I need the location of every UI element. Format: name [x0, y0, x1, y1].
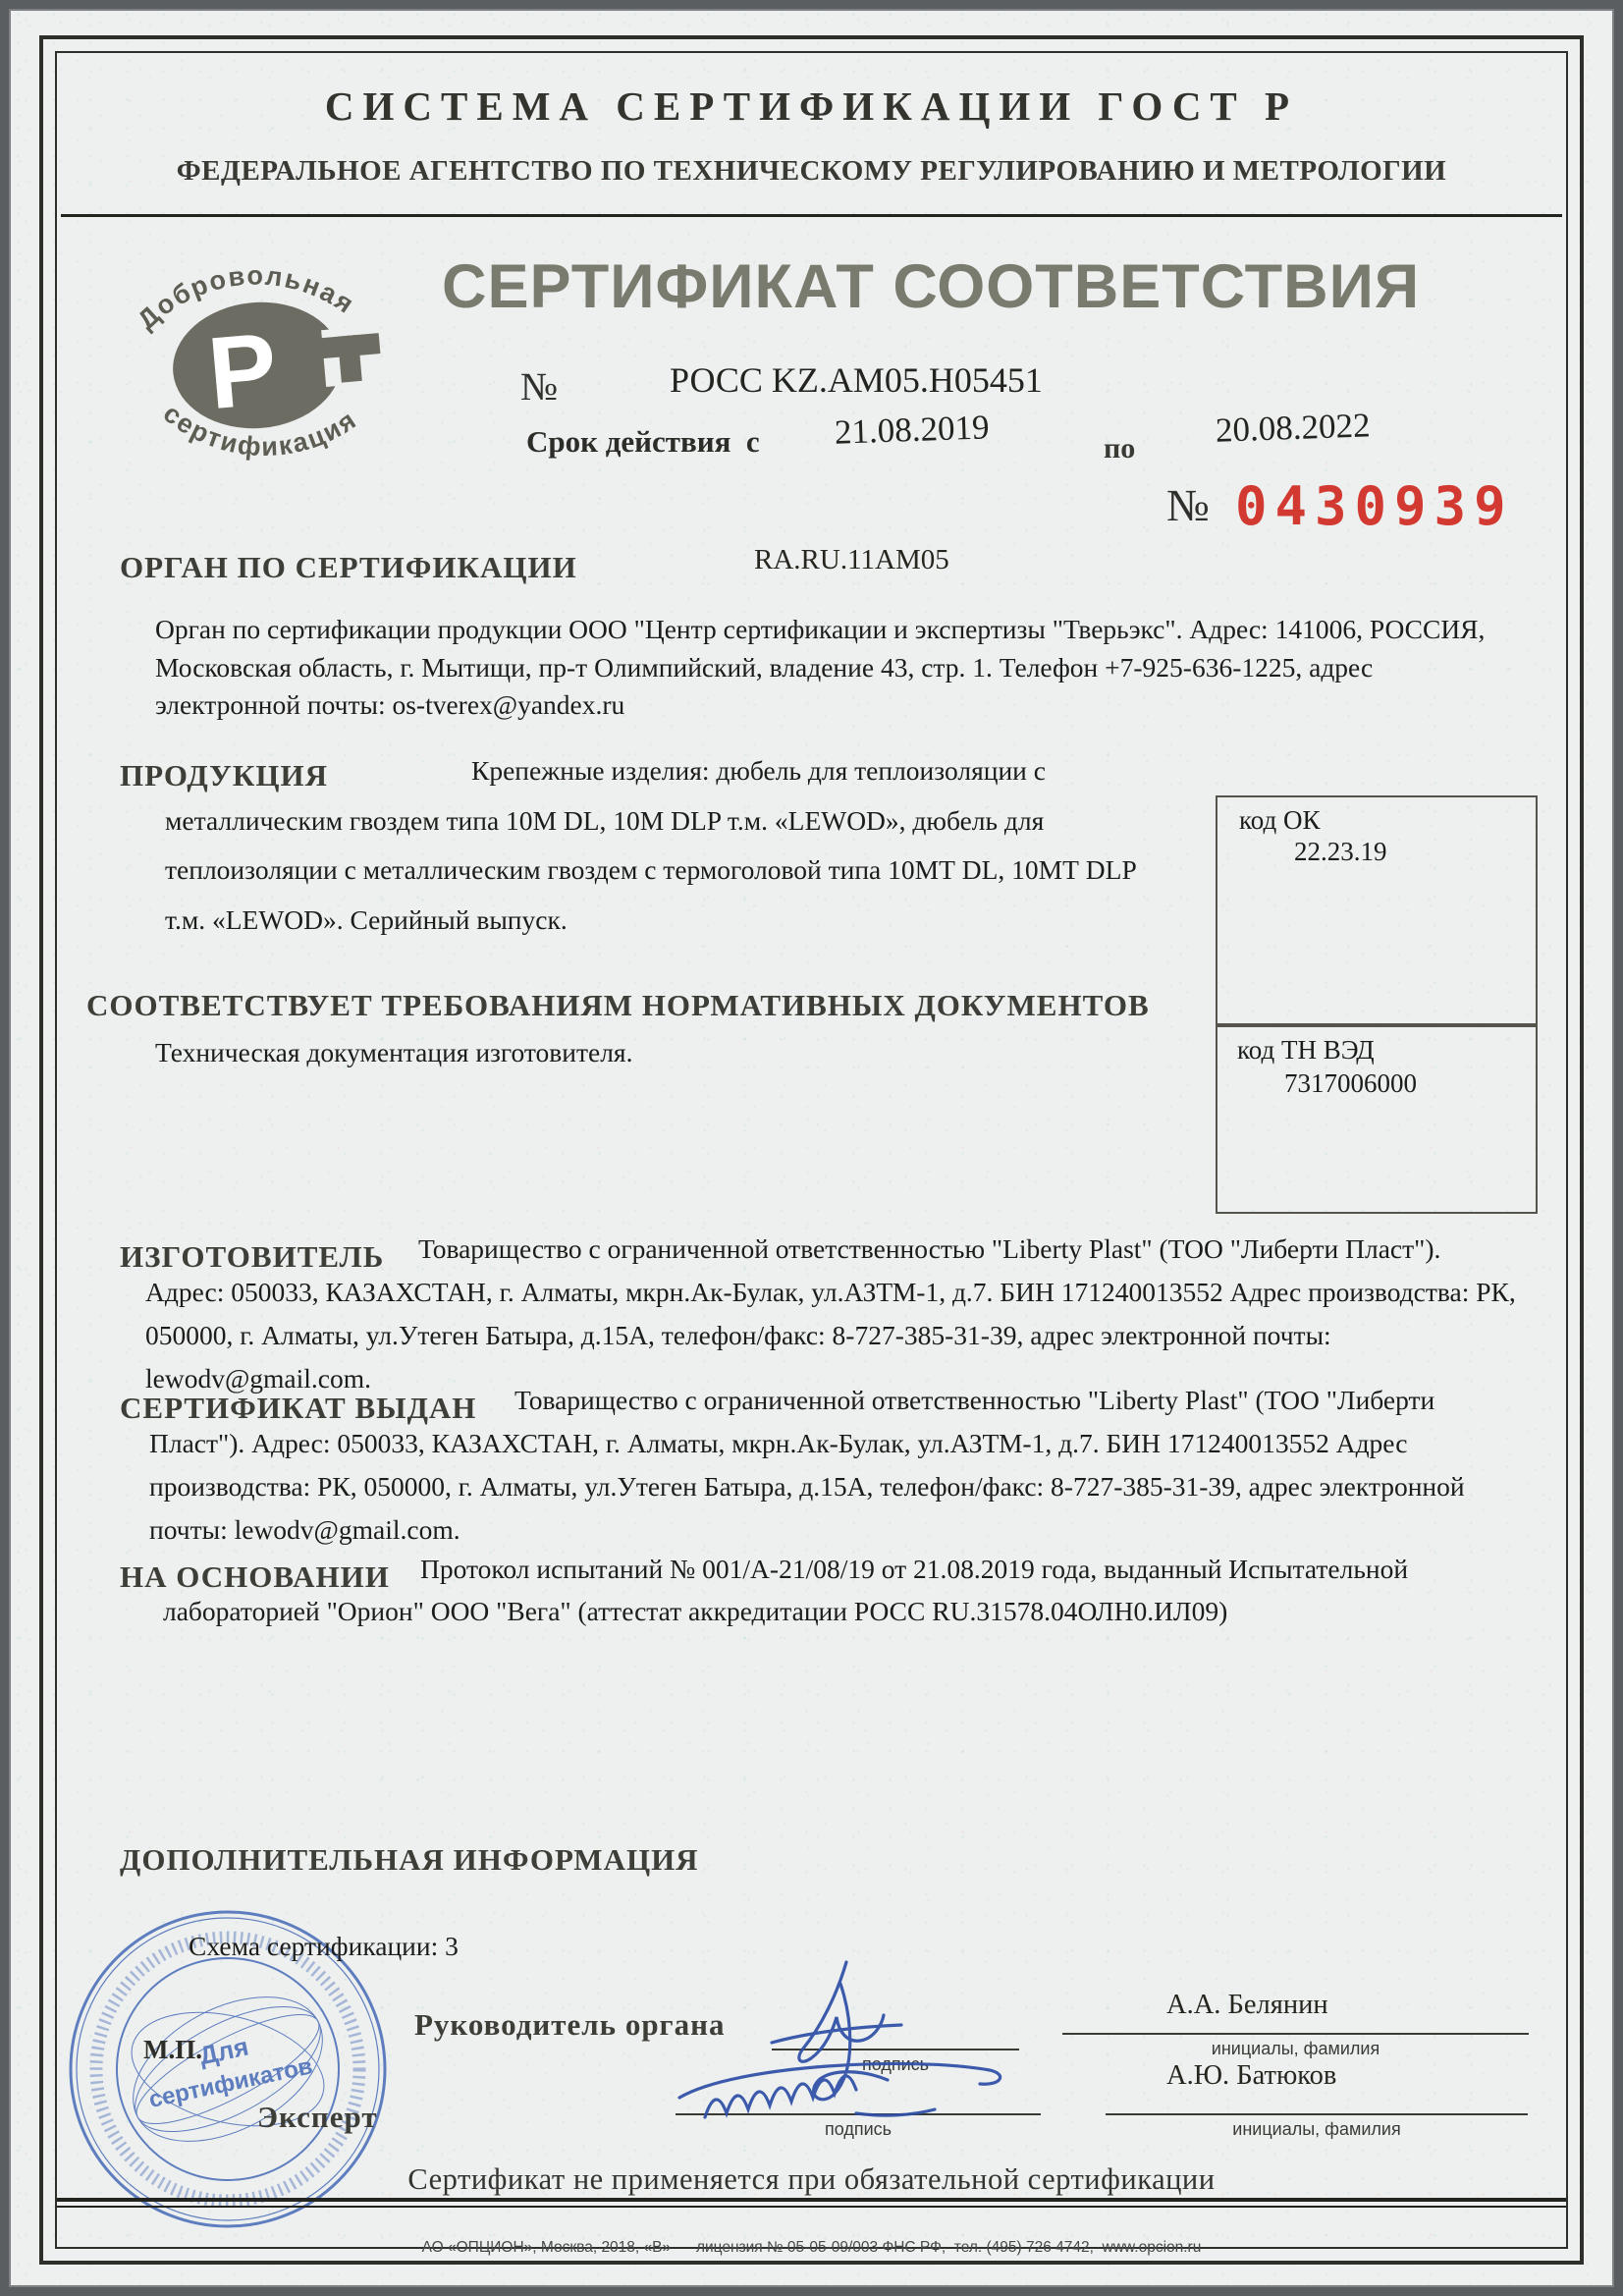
blank-number-symbol: № — [1166, 479, 1210, 531]
certification-scheme-text: Схема сертификации: 3 — [189, 1931, 459, 1962]
agency-heading: ФЕДЕРАЛЬНОЕ АГЕНТСТВО ПО ТЕХНИЧЕСКОМУ РЕ… — [0, 155, 1623, 188]
expert-name: А.Ю. Батюков — [1166, 2060, 1336, 2092]
logo-letter-t-stem — [338, 335, 362, 383]
validity-label: Срок действия с — [526, 424, 760, 460]
blank-number-red: 0430939 — [1235, 475, 1514, 537]
manufacturer-section-text: Товарищество с ограниченной ответственно… — [145, 1228, 1520, 1400]
head-name: А.А. Белянин — [1166, 1990, 1328, 2021]
header-rule — [61, 214, 1562, 217]
tnved-code-label: код ТН ВЭД — [1237, 1035, 1375, 1066]
valid-from-date: 21.08.2019 — [834, 408, 990, 452]
bottom-rule-thin — [57, 2206, 1566, 2208]
basis-section-text: Протокол испытаний № 001/А-21/08/19 от 2… — [163, 1548, 1528, 1632]
conformity-section-label: СООТВЕТСТВУЕТ ТРЕБОВАНИЯМ НОРМАТИВНЫХ ДО… — [86, 988, 1150, 1023]
system-heading: СИСТЕМА СЕРТИФИКАЦИИ ГОСТ Р — [0, 82, 1623, 130]
stamp-place-label: М.П. — [143, 2035, 202, 2065]
valid-to-date: 20.08.2022 — [1215, 406, 1371, 450]
ok-code-value: 22.23.19 — [1294, 837, 1387, 867]
org-accreditation-code: RA.RU.11AM05 — [754, 544, 949, 576]
rst-voluntary-certification-logo: Добровольная Р сертификация — [90, 246, 414, 491]
head-name-caption: инициалы, фамилия — [1062, 2039, 1529, 2059]
expert-name-line — [1106, 2113, 1528, 2115]
logo-mark: Р — [168, 292, 386, 435]
certificate-page: СИСТЕМА СЕРТИФИКАЦИИ ГОСТ Р ФЕДЕРАЛЬНОЕ … — [0, 0, 1623, 2296]
additional-section-label: ДОПОЛНИТЕЛЬНАЯ ИНФОРМАЦИЯ — [120, 1842, 699, 1878]
print-house-info: АО «ОПЦИОН», Москва, 2018, «В» лицензия … — [0, 2239, 1623, 2257]
to-label: по — [1104, 432, 1135, 465]
tnved-code-value: 7317006000 — [1284, 1068, 1417, 1099]
certificate-title: СЕРТИФИКАТ СООТВЕТСТВИЯ — [442, 251, 1420, 322]
production-section-text: Крепежные изделия: дюбель для теплоизоля… — [165, 746, 1142, 945]
certificate-number: РОСС KZ.AM05.H05451 — [670, 359, 1043, 401]
org-section-text: Орган по сертификации продукции ООО "Цен… — [155, 611, 1525, 725]
expert-label: Эксперт — [257, 2100, 378, 2135]
number-symbol: № — [520, 363, 558, 410]
logo-letter-r: Р — [204, 312, 282, 432]
issued-section-text: Товарищество с ограниченной ответственно… — [149, 1379, 1524, 1552]
expert-name-caption: инициалы, фамилия — [1106, 2119, 1528, 2140]
stamp-center-line1: Для — [196, 2032, 250, 2071]
head-name-line — [1062, 2033, 1529, 2035]
org-section-label: ОРГАН ПО СЕРТИФИКАЦИИ — [120, 550, 577, 585]
conformity-section-text: Техническая документация изготовителя. — [155, 1037, 632, 1068]
head-signature-stroke — [799, 1962, 884, 2061]
bottom-rule-thick — [57, 2198, 1566, 2202]
handwritten-signatures — [589, 1925, 1100, 2180]
ok-code-label: код ОК — [1239, 805, 1320, 836]
